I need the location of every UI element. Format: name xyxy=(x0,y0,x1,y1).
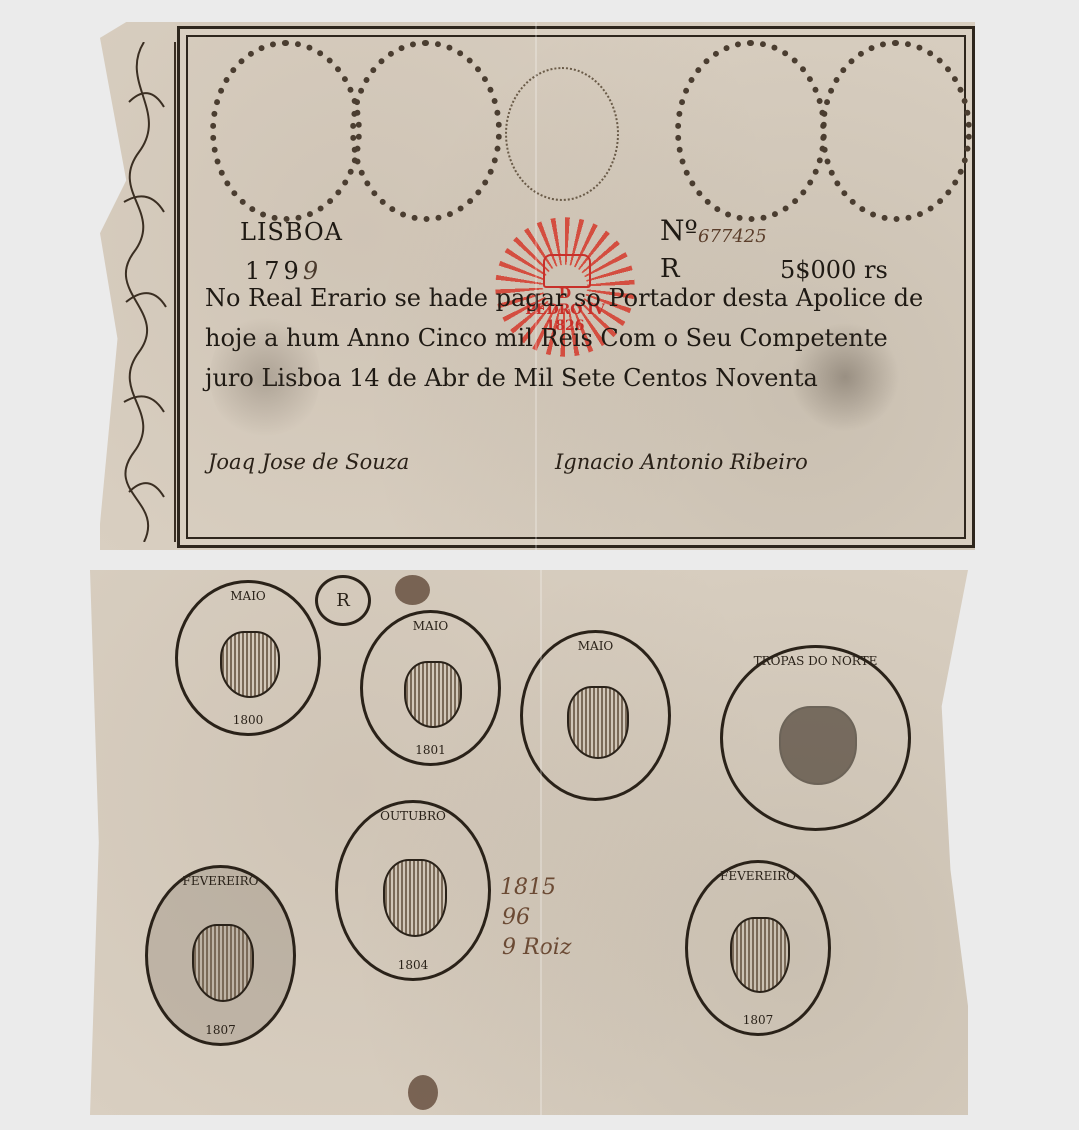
signature-2: Ignacio Antonio Ribeiro xyxy=(555,450,808,474)
r-label: R xyxy=(660,254,680,284)
seal-maio-j: MAIO xyxy=(520,630,671,801)
wreath-hen-vignette xyxy=(675,40,827,222)
fold-line xyxy=(540,570,542,1115)
scroll-ornament xyxy=(114,42,176,542)
text-line-1: No Real Erario se hade pagar so Portador… xyxy=(205,284,923,312)
faded-seal-left xyxy=(210,312,320,442)
denomination: 5$000 rs xyxy=(780,256,888,284)
ink-stain-bottom xyxy=(408,1075,438,1110)
central-medallion xyxy=(505,67,619,201)
seal-fevereiro-1807-b: FEVEREIRO1807 xyxy=(685,860,831,1036)
city-label: LISBOA xyxy=(240,218,343,246)
serial-number: 677425 xyxy=(698,226,767,247)
wreath-lion-vignette xyxy=(820,40,972,222)
seal-maio-1800: MAIO1800 xyxy=(175,580,321,736)
seal-outubro-1804: OUTUBRO1804 xyxy=(335,800,491,981)
fold-line xyxy=(535,22,537,550)
seal-fevereiro-1807-a: FEVEREIRO1807 xyxy=(145,865,296,1046)
signature-1: Joaq Jose de Souza xyxy=(208,450,409,474)
seal-tropas-do-norte: TROPAS DO NORTE xyxy=(720,645,911,831)
faded-seal-right xyxy=(790,322,900,432)
ink-stain-top xyxy=(395,575,430,605)
wreath-bird-vignette xyxy=(350,40,502,222)
number-label: Nº xyxy=(660,214,698,247)
banknote-back: MAIO1800 R MAIO1801 MAIO TROPAS DO NORTE… xyxy=(90,570,968,1115)
handwritten-year: 1815 xyxy=(500,875,556,900)
handwritten-number: 96 xyxy=(502,905,530,930)
banknote-front: D PEDRO IV 1826 LISBOA Nº 677425 1799 R … xyxy=(100,22,975,550)
crown-icon xyxy=(543,254,591,288)
handwritten-name: 9 Roiz xyxy=(502,935,571,960)
seal-maio-1801: MAIO1801 xyxy=(360,610,501,766)
year: 1799 xyxy=(245,257,322,285)
wreath-lamb-vignette xyxy=(210,40,362,222)
